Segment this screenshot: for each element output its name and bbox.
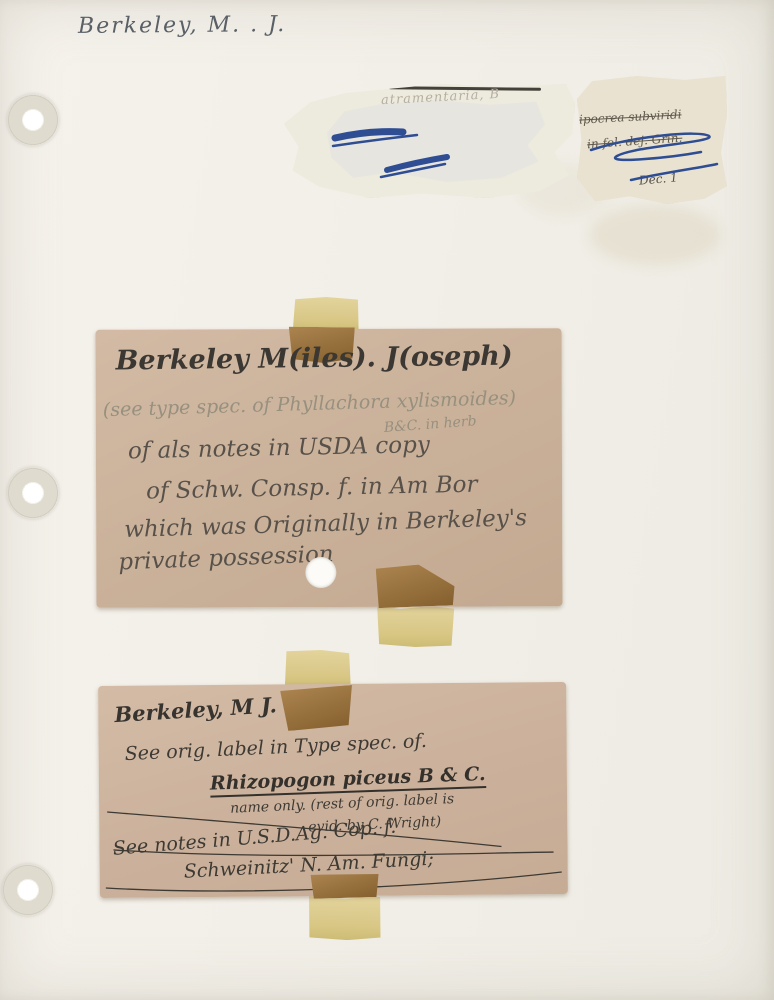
tape-card2-top-on-card — [280, 685, 354, 731]
tape-card2-bottom-outer — [306, 895, 381, 941]
torn-paper-fragment-right: ipocrea subviridi in fol. dej. Grin. Dec… — [577, 76, 727, 204]
hole-reinforcement-ring-bottom — [2, 864, 54, 916]
paper-stain — [590, 205, 720, 265]
card1-body-line: of als notes in USDA copy — [128, 432, 430, 464]
torn-paper-fragment-left: atramentaria, B — [281, 84, 575, 198]
index-card-2: Berkeley, M J. See orig. label in Type s… — [98, 682, 568, 898]
hole-reinforcement-ring-middle — [7, 467, 59, 519]
tape-card1-bottom-outer — [377, 605, 454, 648]
tape-card2-bottom-on-card — [311, 873, 380, 899]
card1-title-handwritten: Berkeley M(iles). J(oseph) — [115, 341, 512, 377]
tape-card2-top-outer — [285, 650, 351, 689]
index-card-1: Berkeley M(iles). J(oseph) (see type spe… — [96, 328, 563, 608]
card2-fungi-line: Schweinitz' N. Am. Fungi; — [183, 848, 434, 883]
crossed-out-text-line: ipocrea subviridi — [579, 107, 682, 126]
card1-body-line: private possession — [118, 541, 334, 575]
punched-hole — [305, 557, 336, 588]
card1-body-line: of Schw. Consp. f. in Am Bor — [146, 472, 478, 505]
crossed-out-text-line: in fol. dej. Grin. — [587, 131, 683, 152]
hole-reinforcement-ring-top — [7, 94, 59, 146]
date-text-line: Dec. 1 — [638, 170, 678, 187]
card2-title-handwritten: Berkeley, M J. — [114, 692, 278, 727]
tape-card1-bottom-on-card — [376, 563, 456, 608]
scanned-archive-page: Berkeley, M. . J. atramentaria, B ipocre… — [0, 0, 774, 1000]
card1-body-line: which was Originally in Berkeley's — [124, 505, 527, 543]
card2-see-line: See orig. label in Type spec. of. — [124, 730, 427, 765]
torn-paper-inner-patch — [327, 100, 545, 182]
page-heading-handwritten: Berkeley, M. . J. — [78, 12, 286, 39]
